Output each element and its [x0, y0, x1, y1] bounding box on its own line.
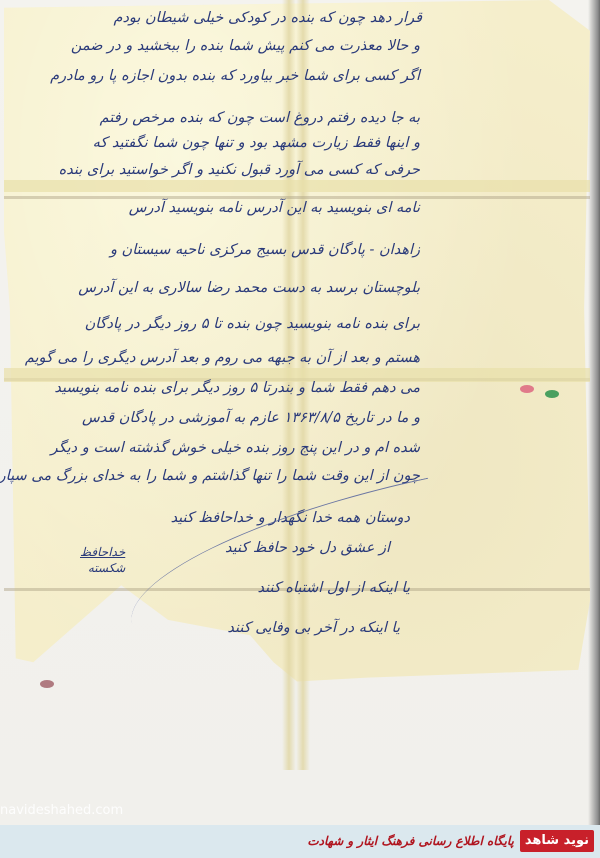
letter-line: زاهدان - پادگان قدس بسیج مرکزی ناحیه سیس… — [110, 242, 420, 258]
tape-strip — [4, 180, 590, 192]
letter-line: بلوچستان برسد به دست محمد رضا سالاری به … — [78, 280, 420, 296]
flower-print — [520, 385, 534, 393]
letter-line: برای بنده نامه بنویسید چون بنده تا ۵ روز… — [85, 316, 420, 332]
scan-edge-shadow — [588, 0, 600, 825]
letter-line: نامه ای بنویسید به این آدرس نامه بنویسید… — [129, 200, 420, 216]
signature-closing: خداحافظ — [80, 545, 125, 559]
letter-line: چون از این وقت شما را تنها گذاشتم و شما … — [0, 468, 420, 484]
signature-name: شکسته — [80, 561, 125, 575]
letter-line: به جا دیده رفتم دروغ است چون که بنده مرخ… — [100, 110, 420, 126]
flower-print — [40, 680, 54, 688]
letter-line: اگر کسی برای شما خبر بیاورد که بنده بدون… — [50, 68, 420, 84]
letter-line: می دهم فقط شما و بندرتا ۵ روز دیگر برای … — [54, 380, 420, 396]
leaf-print — [545, 390, 559, 398]
letter-line: قرار دهد چون که بنده در کودکی خیلی شیطان… — [113, 10, 422, 26]
letter-line: شده ام و در این پنج روز بنده خیلی خوش گذ… — [51, 440, 420, 456]
letter-line: هستم و بعد از آن به جبهه می روم و بعد آد… — [25, 350, 420, 366]
brand-logo: نوید شاهد — [520, 830, 594, 852]
letter-line: یا اینکه در آخر بی وفایی کنند — [227, 620, 400, 636]
site-watermark: navideshahed.com — [0, 803, 123, 818]
letter-line: حرفی که کسی می آورد قبول نکنید و اگر خوا… — [59, 162, 420, 178]
horizontal-fold — [4, 196, 590, 199]
brand-logo-group[interactable]: نوید شاهد پایگاه اطلاع رسانی فرهنگ ایثار… — [307, 827, 594, 855]
letter-line: و حالا معذرت می کنم پیش شما بنده را ببخش… — [71, 38, 420, 54]
letter-line: و اینها فقط زیارت مشهد بود و تنها چون شم… — [93, 135, 420, 151]
brand-tagline: پایگاه اطلاع رسانی فرهنگ ایثار و شهادت — [307, 834, 514, 848]
letter-line: و ما در تاریخ ۱۳۶۳/۸/۵ عازم به آموزشی در… — [82, 410, 420, 426]
signature: خداحافظ شکسته — [80, 545, 125, 577]
